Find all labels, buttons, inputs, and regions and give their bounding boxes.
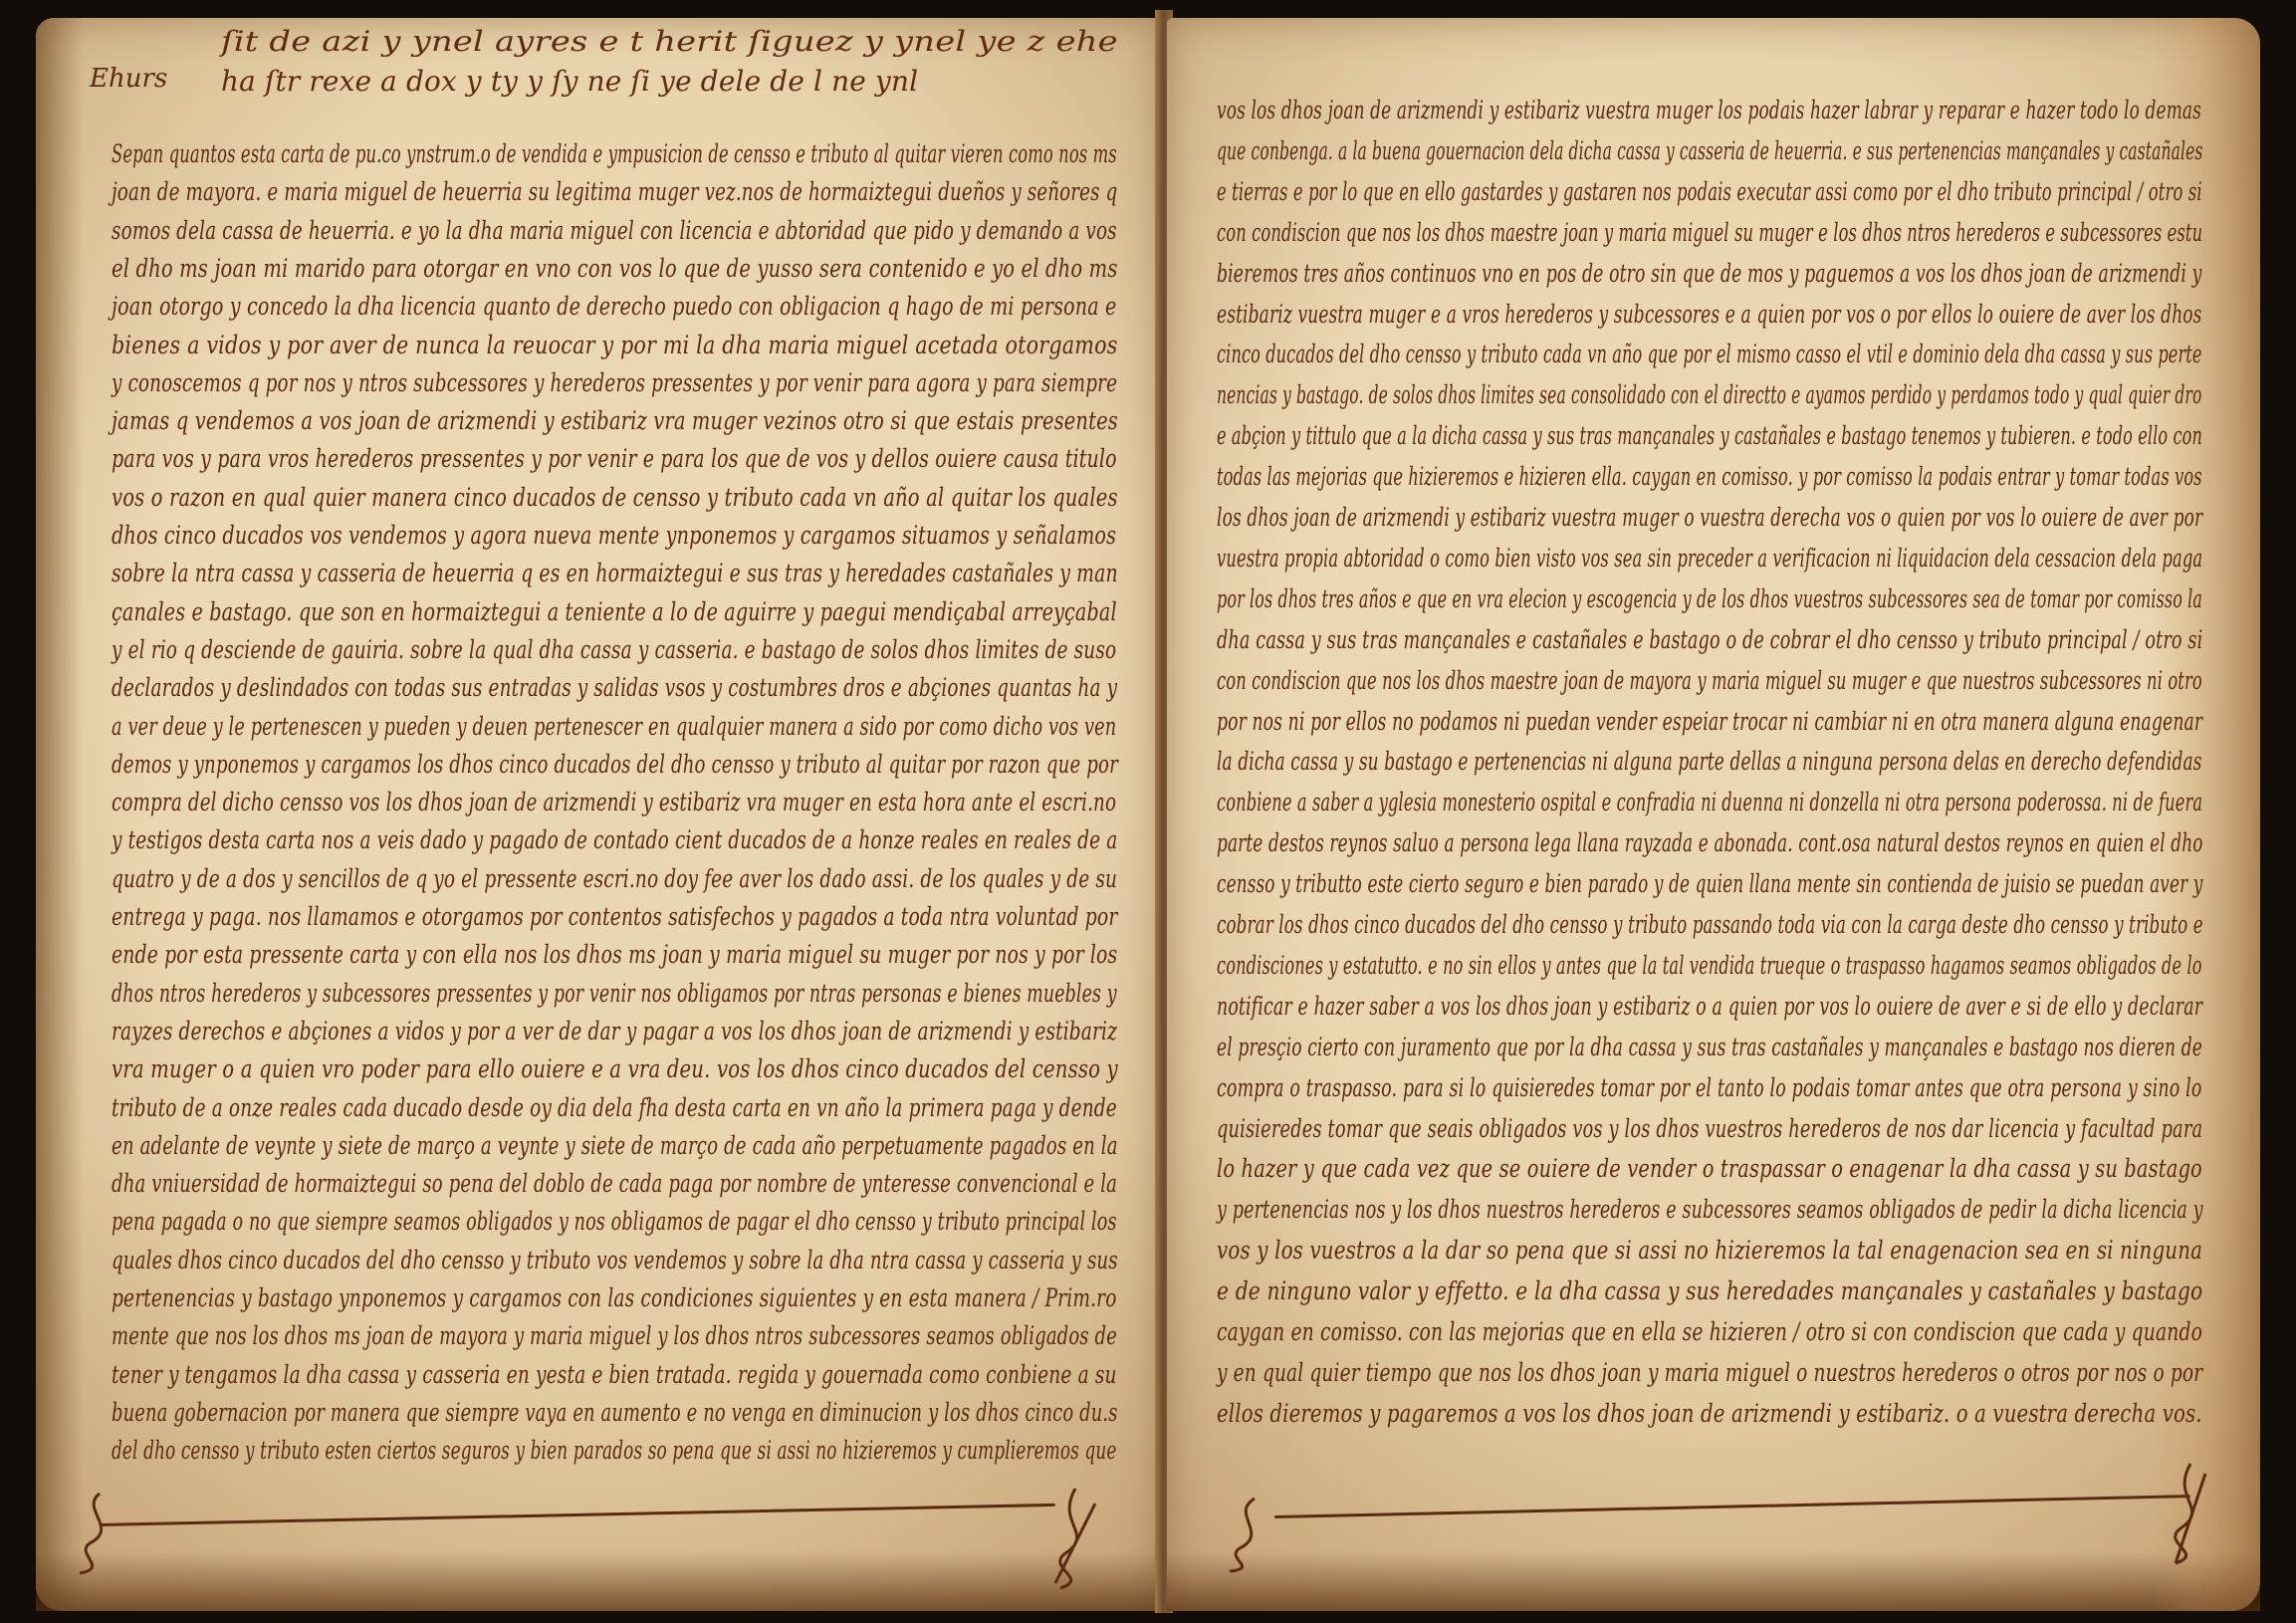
manuscript-spread: Ehurs ſit de azi y ynel ayres e t herit …	[0, 0, 2296, 1623]
manuscript-line: quatro y de a dos y sencillos de q yo el…	[112, 866, 1117, 891]
manuscript-line: parte destos reynos saluo a persona lega…	[1217, 830, 2203, 855]
manuscript-line: censso y tributto este cierto seguro e b…	[1217, 871, 2202, 896]
manuscript-line: buena gobernacion por manera que siempre…	[112, 1400, 1118, 1425]
margin-note: Ehurs	[90, 64, 167, 94]
manuscript-line: dha cassa y sus tras mançanales e castañ…	[1217, 627, 2202, 652]
manuscript-line: y en qual quier tiempo que nos los dhos …	[1217, 1360, 2202, 1385]
manuscript-line: con condiscion que nos los dhos maestre …	[1217, 668, 2202, 693]
manuscript-line: pena pagada o no que siempre seamos obli…	[112, 1209, 1117, 1234]
header-line: ſit de azi y ynel ayres e t herit ſiguez…	[221, 28, 1118, 56]
manuscript-line: del dho censso y tributo esten ciertos s…	[112, 1438, 1116, 1463]
manuscript-line: dhos ntros herederos y subcessores press…	[112, 981, 1117, 1006]
manuscript-line: compra del dicho censso vos los dhos joa…	[112, 790, 1116, 814]
manuscript-line: el presçio cierto con juramento que por …	[1217, 1035, 2202, 1059]
header-line: ha ſtr rexe a dox y ty y ſy ne ſi ye del…	[221, 68, 918, 96]
manuscript-line: los dhos joan de arizmendi y estibariz v…	[1217, 505, 2202, 530]
manuscript-line: en adelante de veynte y siete de março a…	[112, 1133, 1118, 1158]
manuscript-line: quisieredes tomar que seais obligados vo…	[1217, 1116, 2202, 1141]
manuscript-line: mente que nos los dhos ms joan de mayora…	[112, 1323, 1117, 1348]
manuscript-line: estibariz vuestra muger e a vros hereder…	[1217, 302, 2202, 327]
manuscript-line: por los dhos tres años e que en vra elec…	[1217, 586, 2202, 611]
manuscript-line: bienes a vidos y por aver de nunca la re…	[112, 333, 1117, 357]
manuscript-line: dha vniuersidad de hormaiztegui so pena …	[112, 1171, 1117, 1196]
manuscript-line: entrega y paga. nos llamamos e otorgamos…	[112, 904, 1117, 929]
manuscript-line: compra o traspasso. para si lo quisiered…	[1217, 1075, 2202, 1100]
manuscript-line: cinco ducados del dho censso y tributo c…	[1217, 342, 2202, 366]
manuscript-line: y testigos desta carta nos a veis dado y…	[112, 827, 1117, 852]
manuscript-line: somos dela cassa de heuerria. e yo la dh…	[112, 218, 1117, 243]
manuscript-line: bieremos tres años continuos vno en pos …	[1217, 261, 2202, 286]
manuscript-line: dhos cinco ducados vos vendemos y agora …	[112, 523, 1116, 548]
manuscript-line: e abçion y tittulo que a la dicha cassa …	[1217, 423, 2202, 448]
manuscript-line: conbiene a saber a yglesia monesterio os…	[1217, 790, 2202, 814]
page-stain	[36, 1551, 1161, 1611]
manuscript-line: con condiscion que nos los dhos maestre …	[1217, 220, 2202, 245]
manuscript-line: el dho ms joan mi marido para otorgar en…	[112, 256, 1117, 281]
page-stain	[1167, 1551, 2260, 1611]
manuscript-line: tener y tengamos la dha cassa y casseria…	[112, 1362, 1117, 1387]
flourish-mark-icon	[70, 1489, 129, 1578]
manuscript-line: joan otorgo y concedo la dha licencia qu…	[112, 294, 1116, 319]
signature-flourish-icon	[1035, 1484, 1115, 1593]
manuscript-line: caygan en comisso. con las mejorias que …	[1217, 1319, 2202, 1344]
manuscript-line: tributo de a onze reales cada ducado des…	[112, 1095, 1117, 1120]
manuscript-line: vos o razon en qual quier manera cinco d…	[112, 485, 1118, 510]
manuscript-line: a ver deue y le pertenescen y pueden y d…	[112, 714, 1116, 739]
manuscript-line: y el rio q desciende de gauiria. sobre l…	[112, 637, 1116, 662]
manuscript-line: notificar e hazer saber a vos los dhos j…	[1217, 994, 2202, 1019]
manuscript-line: condisciones y estatutto. e no sin ellos…	[1217, 953, 2202, 978]
manuscript-line: e de ninguno valor y effetto. e la dha c…	[1217, 1278, 2202, 1303]
manuscript-line: çanales e bastago. que son en hormaizteg…	[112, 599, 1117, 624]
manuscript-line: lo hazer y que cada vez que se ouiere de…	[1217, 1156, 2202, 1181]
manuscript-line: cobrar los dhos cinco ducados del dho ce…	[1217, 912, 2203, 937]
manuscript-line: sobre la ntra cassa y casseria de heuerr…	[112, 561, 1118, 585]
manuscript-line: nencias y bastago. de solos dhos limites…	[1217, 382, 2201, 407]
manuscript-line: vuestra propia abtoridad o como bien vis…	[1217, 546, 2202, 571]
manuscript-line: rayzes derechos e abçiones a vidos y por…	[112, 1019, 1117, 1043]
manuscript-line: ende por esta pressente carta y con ella…	[112, 942, 1117, 967]
manuscript-line: pertenencias y bastago ynponemos y carga…	[112, 1285, 1117, 1310]
manuscript-line: vos y los vuestros a la dar so pena que …	[1217, 1238, 2202, 1263]
signature-flourish-icon	[2151, 1459, 2220, 1568]
manuscript-line: declarados y deslindados con todas sus e…	[112, 675, 1117, 700]
manuscript-line: vra muger o a quien vro poder para ello …	[112, 1056, 1118, 1081]
manuscript-line: ellos dieremos y pagaremos a vos los dho…	[1217, 1401, 2202, 1426]
manuscript-line: la dicha cassa y su bastago e pertenenci…	[1217, 749, 2202, 774]
manuscript-line: Sepan quantos esta carta de pu.co ynstru…	[112, 141, 1117, 166]
manuscript-line: todas las mejorias que hizieremos e hizi…	[1217, 464, 2202, 489]
manuscript-line: y pertenencias nos y los dhos nuestros h…	[1217, 1197, 2203, 1222]
manuscript-line: para vos y para vros herederos pressente…	[112, 446, 1117, 471]
manuscript-line: vos los dhos joan de arizmendi y estibar…	[1217, 98, 2201, 122]
manuscript-line: demos y ynponemos y cargamos los dhos ci…	[112, 752, 1118, 777]
manuscript-line: quales dhos cinco ducados del dho censso…	[112, 1248, 1118, 1273]
manuscript-line: e tierras e por lo que en ello gastardes…	[1217, 179, 2202, 204]
flourish-mark-icon	[1220, 1494, 1279, 1573]
manuscript-line: y conoscemos q por nos y ntros subcessor…	[112, 370, 1117, 395]
manuscript-line: por nos ni por ellos no podamos ni pueda…	[1217, 709, 2202, 734]
manuscript-line: joan de mayora. e maria miguel de heuerr…	[112, 179, 1117, 204]
manuscript-line: jamas q vendemos a vos joan de arizmendi…	[112, 408, 1118, 433]
manuscript-line: que conbenga. a la buena gouernacion del…	[1217, 138, 2203, 163]
